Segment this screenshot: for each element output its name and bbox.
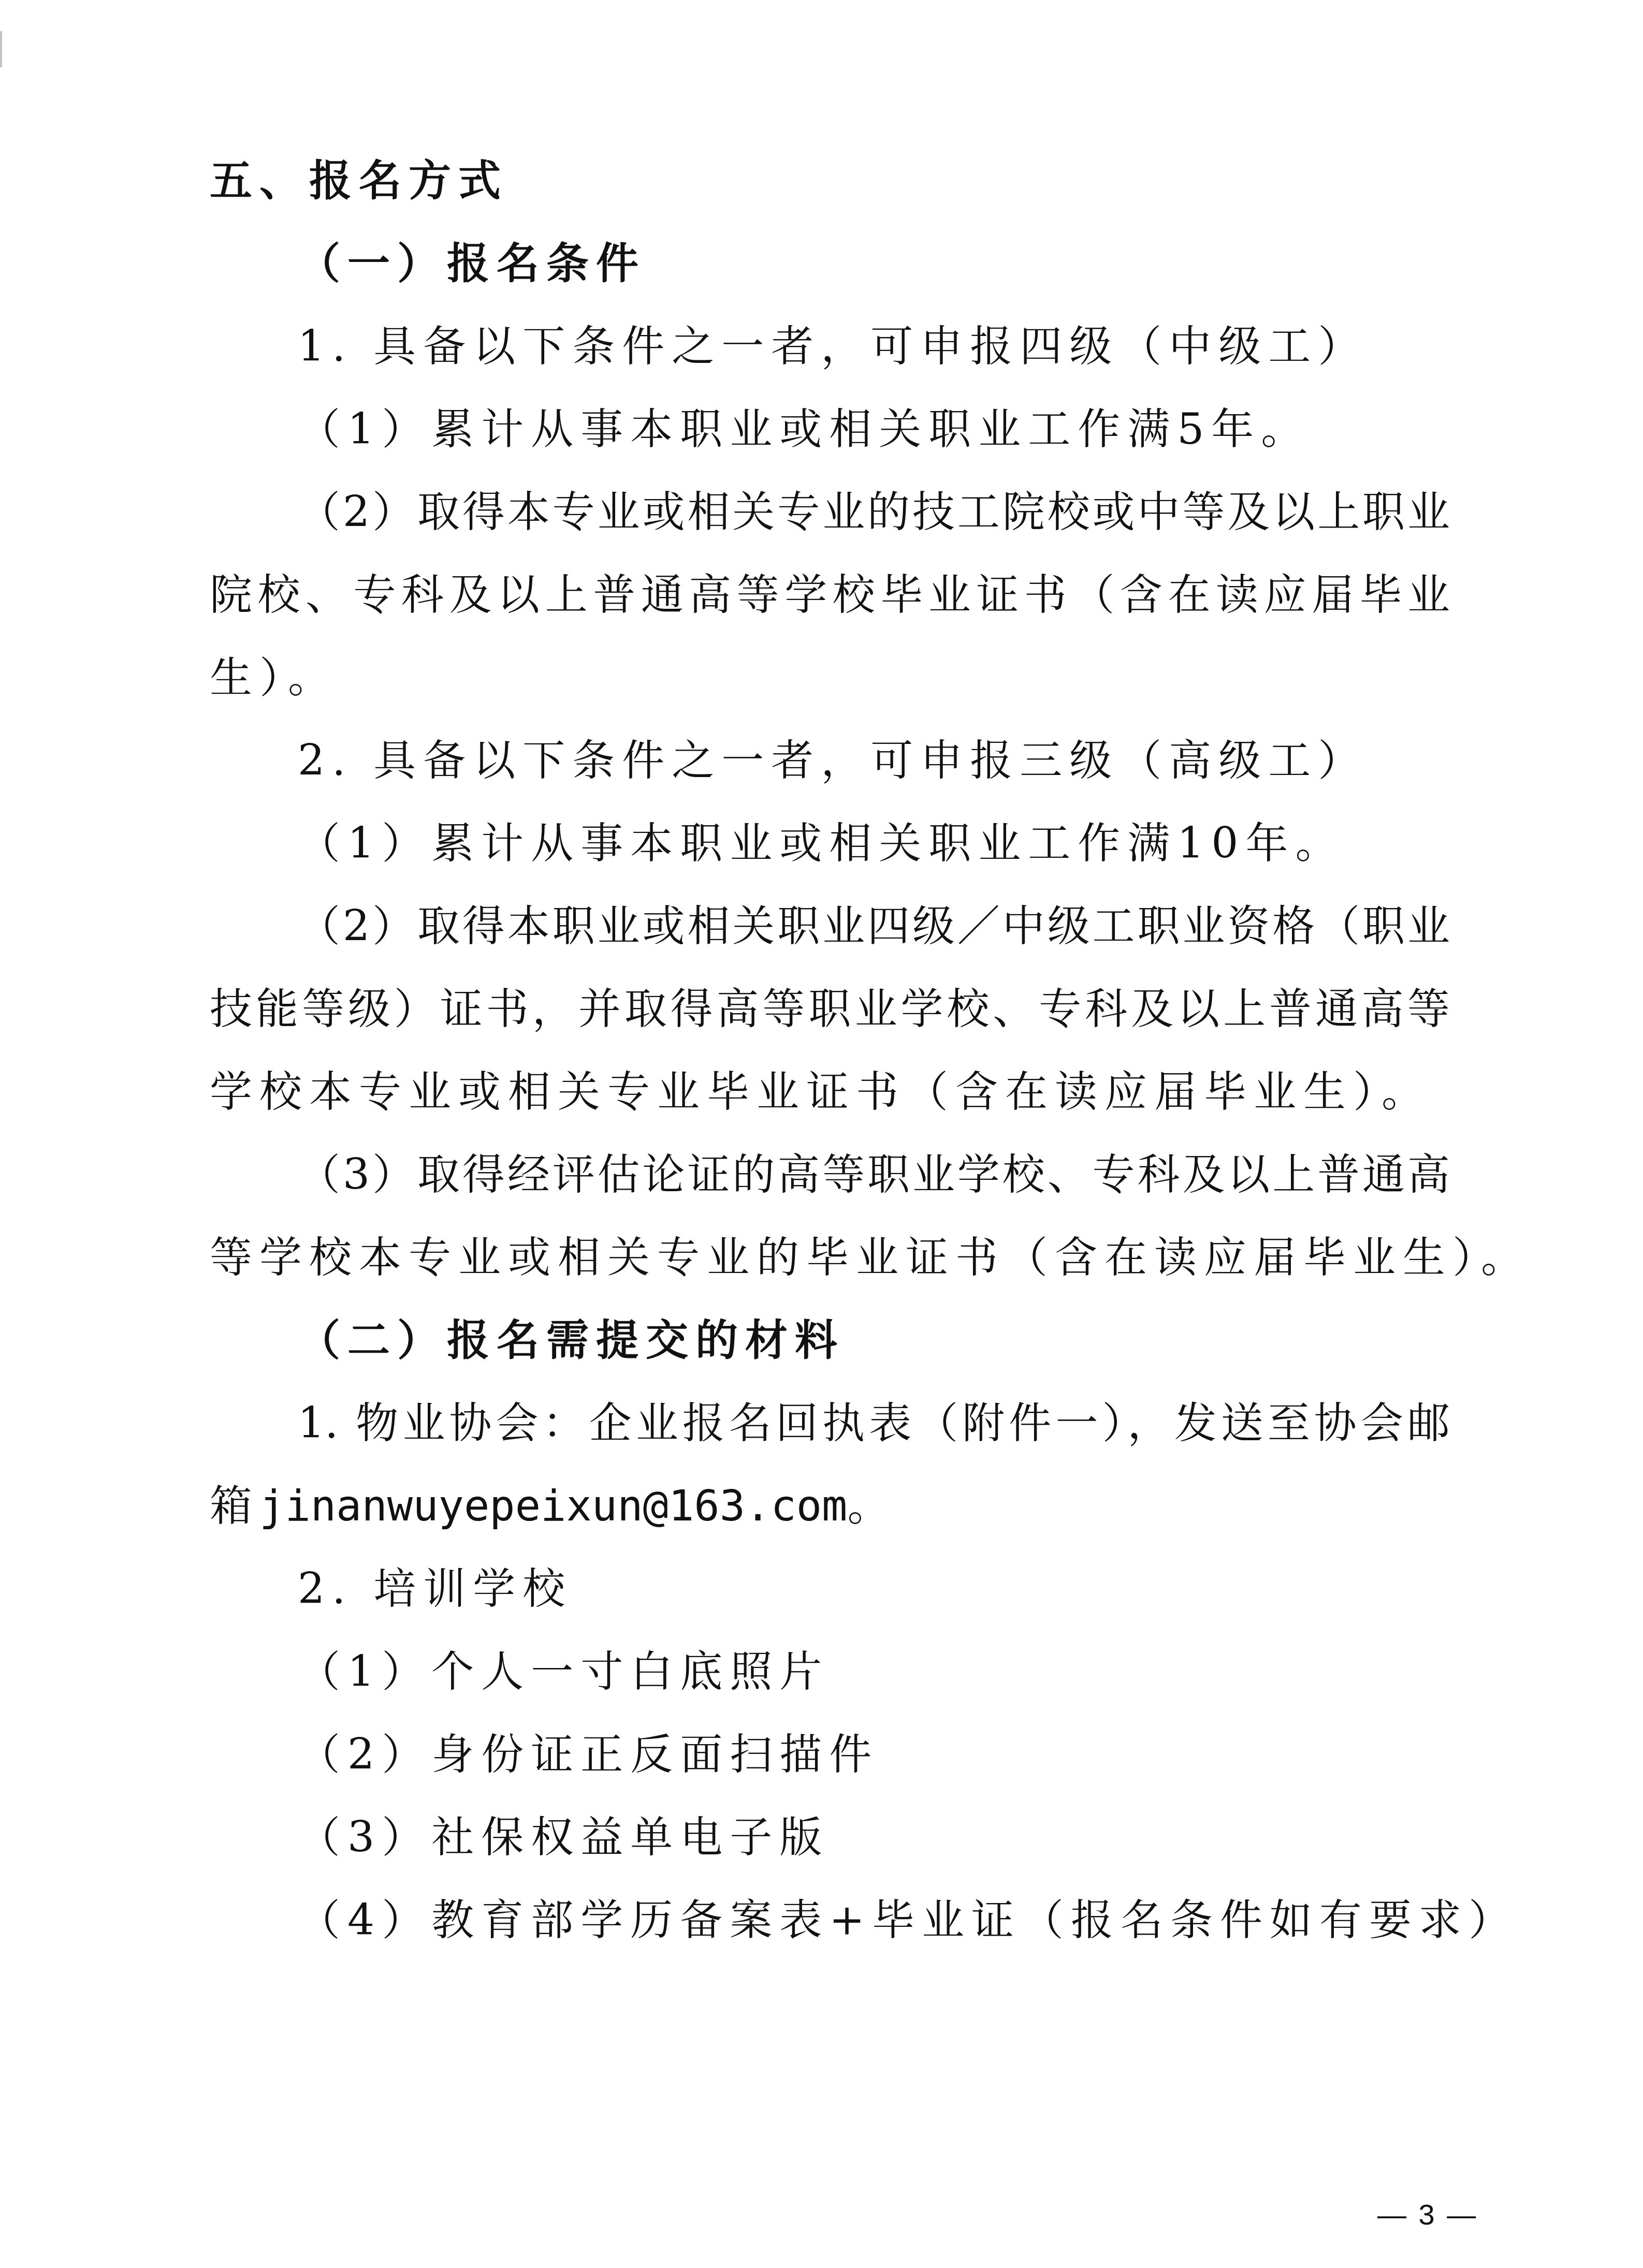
condition-line: （1）累计从事本职业或相关职业工作满5年。 (298, 404, 1311, 456)
condition-line: （1）累计从事本职业或相关职业工作满10年。 (298, 818, 1345, 870)
materials-email-line: 箱jinanwuyepeixun@163.com。 (210, 1481, 897, 1532)
condition-line: （3）取得经评估论证的高等职业学校、专科及以上普通高 (298, 1149, 1450, 1201)
material-item: （2）身份证正反面扫描件 (298, 1729, 879, 1781)
email-suffix: 。 (847, 1482, 897, 1531)
condition-group-title-level3: 2. 具备以下条件之一者，可申报三级（高级工） (298, 735, 1368, 787)
subsection-title-conditions: （一）报名条件 (298, 238, 646, 290)
condition-line: 生）。 (210, 652, 338, 704)
condition-line: 等学校本专业或相关专业的毕业证书（含在读应届毕业生）。 (210, 1232, 1531, 1284)
condition-line: 学校本专业或相关专业毕业证书（含在读应届毕业生）。 (210, 1066, 1431, 1118)
condition-group-title-level4: 1. 具备以下条件之一者，可申报四级（中级工） (298, 321, 1368, 373)
condition-line: 院校、专科及以上普通高等学校毕业证书（含在读应届毕业 (210, 569, 1450, 621)
scan-edge-artifact (0, 31, 2, 67)
page-number: — 3 — (1377, 2198, 1478, 2231)
condition-line: 技能等级）证书，并取得高等职业学校、专科及以上普通高等 (210, 984, 1450, 1035)
materials-association-line: 1. 物业协会：企业报名回执表（附件一），发送至协会邮 (298, 1398, 1450, 1450)
email-prefix: 箱 (210, 1482, 259, 1531)
section-title: 五、报名方式 (210, 155, 508, 207)
material-item: （1）个人一寸白底照片 (298, 1646, 829, 1698)
materials-school-title: 2. 培训学校 (298, 1563, 572, 1615)
association-email-link[interactable]: jinanwuyepeixun@163.com (259, 1482, 847, 1531)
material-item: （3）社保权益单电子版 (298, 1812, 829, 1864)
subsection-title-materials: （二）报名需提交的材料 (298, 1315, 845, 1367)
condition-line: （2）取得本职业或相关职业四级／中级工职业资格（职业 (298, 901, 1450, 953)
material-item: （4）教育部学历备案表+毕业证（报名条件如有要求） (298, 1895, 1518, 1947)
condition-line: （2）取得本专业或相关专业的技工院校或中等及以上职业 (298, 487, 1450, 538)
